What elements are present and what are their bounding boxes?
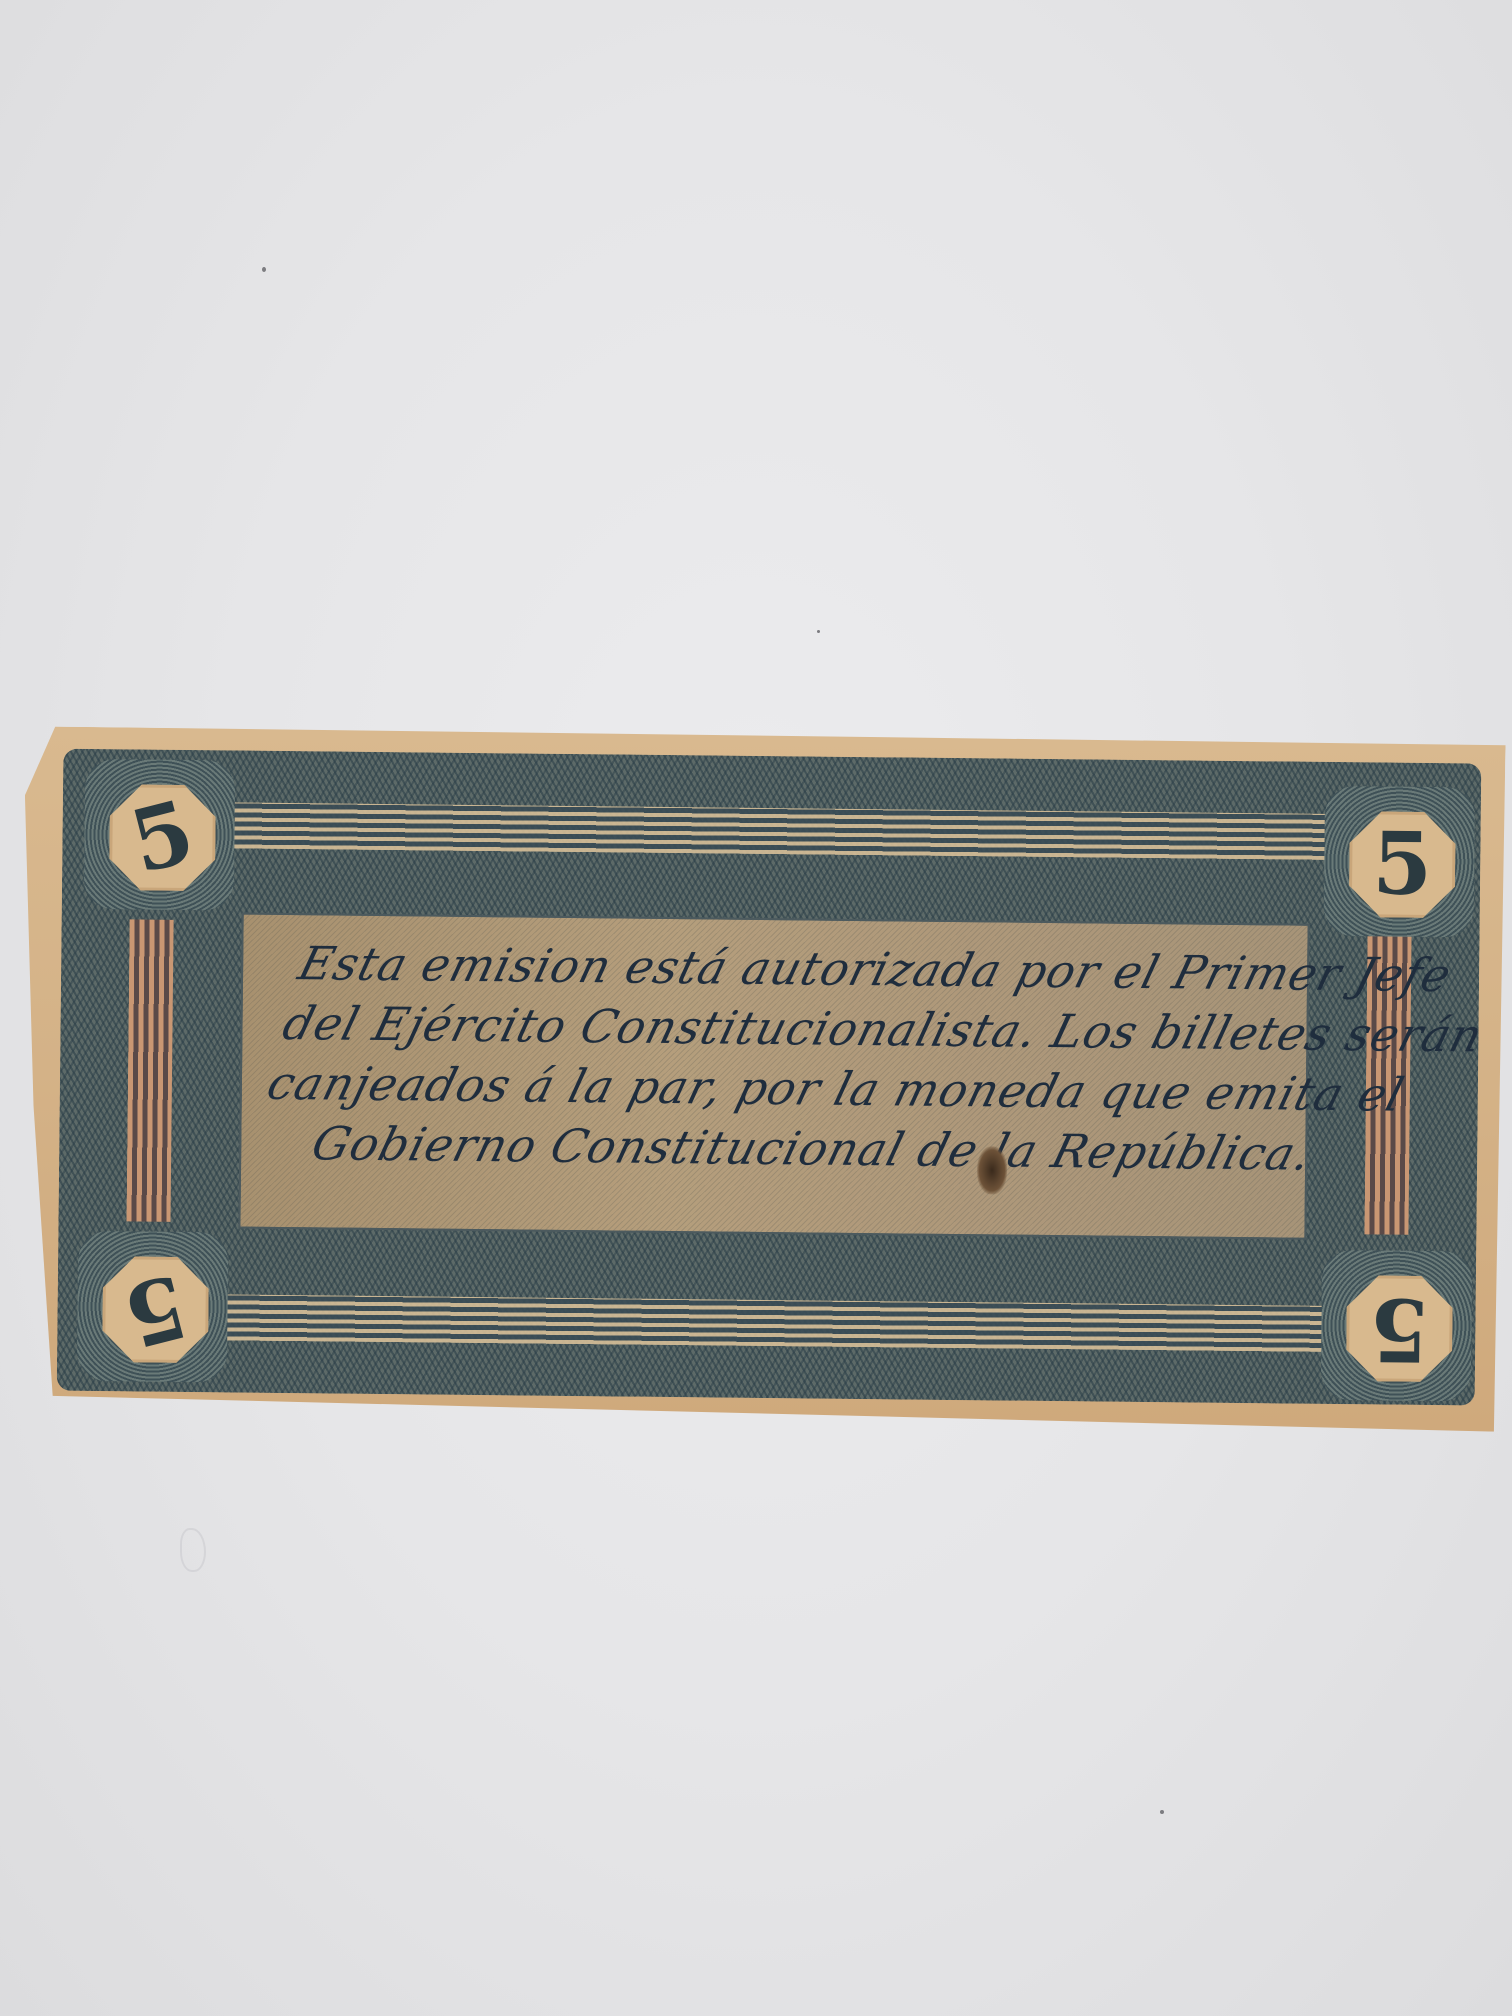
corner-ornament-top-right: 5: [1324, 786, 1476, 938]
inscription-panel: Esta emision está autorizada por el Prim…: [238, 913, 1309, 1240]
octagon-medallion: 5: [102, 1256, 209, 1363]
corner-ornament-top-left: 5: [84, 759, 236, 911]
inscription-line-3: canjeados á la par, por la moneda que em…: [261, 1053, 1281, 1123]
dust-speck: [262, 267, 266, 272]
denomination-numeral: 5: [123, 789, 202, 887]
banknote: Esta emision está autorizada por el Prim…: [18, 726, 1505, 1431]
corner-ornament-bottom-left: 5: [77, 1231, 229, 1383]
inscription-text: Esta emision está autorizada por el Prim…: [236, 933, 1312, 1219]
denomination-numeral: 5: [1372, 821, 1433, 908]
engraved-frame: Esta emision está autorizada por el Prim…: [57, 749, 1482, 1406]
denomination-numeral: 5: [116, 1261, 195, 1359]
dust-speck: [817, 630, 820, 633]
octagon-medallion: 5: [1349, 811, 1456, 918]
octagon-medallion: 5: [1346, 1275, 1453, 1382]
inscription-line-1: Esta emision está autorizada por el Prim…: [292, 933, 1312, 1003]
dust-speck: [1160, 1810, 1164, 1814]
inscription-line-4: Gobierno Constitucional de la República.: [246, 1113, 1266, 1183]
wave-band-top: [212, 802, 1330, 860]
wave-band-left: [126, 919, 173, 1221]
inscription-line-2: del Ejército Constitucionalista. Los bil…: [277, 993, 1297, 1063]
octagon-medallion: 5: [109, 784, 216, 891]
stain-hole: [977, 1146, 1008, 1194]
corner-ornament-bottom-right: 5: [1321, 1250, 1473, 1402]
wave-band-bottom: [207, 1294, 1325, 1352]
denomination-numeral: 5: [1369, 1285, 1430, 1372]
smudge-mark: [180, 1528, 206, 1572]
